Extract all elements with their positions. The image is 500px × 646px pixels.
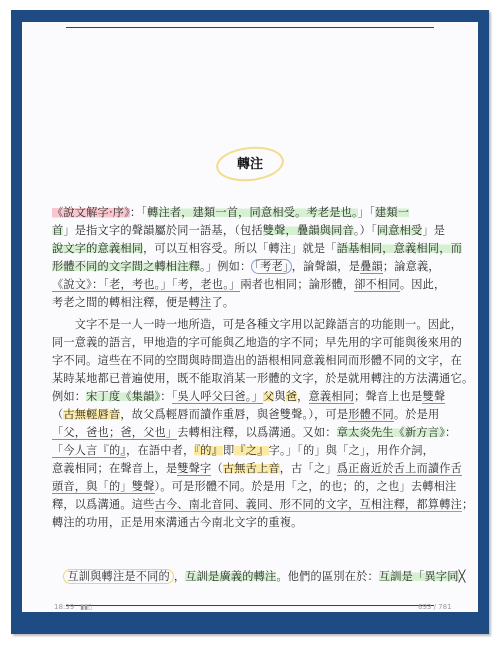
text-line: 文字不是一人一時一地所造，可是各種文字用以記錄語言的功能則一。因此，: [52, 316, 462, 334]
text-run: 與: [274, 390, 285, 403]
annotated-text: 頭音，與「的」雙聲: [52, 480, 155, 494]
clock: 18:39: [54, 603, 74, 611]
annotated-text: 『之』: [234, 444, 268, 457]
annotated-text: 疊韻: [360, 260, 383, 274]
text-run: ）。可是形體不同。於是用「之，的也；的，之也」去轉相注: [155, 480, 457, 493]
text-run: ，論聲韻，是: [292, 260, 360, 273]
text-run: ；聲音上也是: [354, 390, 422, 403]
status-time: 18:39 ▮▮▯: [54, 603, 92, 611]
text-run: 即: [223, 444, 234, 457]
annotated-text: 《說文解字·序》: [52, 206, 130, 219]
annotated-text: 意義相同: [309, 390, 355, 404]
annotated-text: 說文字的意義相同: [52, 242, 143, 255]
text-line: 考老之間的轉相注釋，便是轉注了。: [52, 294, 462, 312]
text-run: ：「: [130, 206, 147, 219]
text-line: 「今人言『的』，在語中者，『的』即『之』字。」「的」與「之」，用作介詞，: [52, 442, 462, 460]
annotated-text: 首: [52, 224, 63, 237]
paragraph-3: 互訓與轉注是不同的，互訓是廣義的轉注。他們的區別在於：互訓是「異字同╳: [52, 568, 462, 586]
text-line: 意義相同；在聲音上，是雙聲字（古無舌上音，古「之」爲正齒近於舌上而讀作舌: [52, 460, 462, 478]
annotated-text: 卻不相同: [354, 278, 400, 292]
annotated-text: 互訓與轉注是不同的: [63, 569, 174, 584]
annotated-text: 互訓是廣義的轉注: [185, 570, 276, 583]
text-run: 字。」「的」與「之」，用作介詞，: [269, 444, 434, 457]
text-line: 形體不同的文字間之轉相注釋。」例如：「考老」，論聲韻，是疊韻；論意義，: [52, 258, 462, 276]
text-run: 。他們的區別在於：: [276, 570, 379, 583]
text-run: 考老之間的轉相注釋，便是: [52, 296, 189, 309]
text-run: 」是指文字的聲韻屬於同一語基，（包括: [63, 224, 262, 237]
text-line: 釋，以爲溝通。這些古今、南北音同、義同、形不同的文字，互相注釋，都算轉注；: [52, 496, 462, 514]
text-run: ，故父爲輕唇而讀作重唇，與爸雙聲。），可是: [120, 408, 348, 421]
annotated-text: 『的』: [194, 444, 223, 457]
page-indicator: 693 / 781: [418, 603, 452, 611]
annotated-text: 古無輕唇音: [63, 408, 120, 421]
text-line: 《說文解字·序》：「轉注者，建類一首，同意相受。考老是也。」「建類一: [52, 204, 462, 222]
text-line: 某時某地都已普遍使用，既不能取消某一形體的文字，於是就用轉注的方法溝通它。: [52, 370, 462, 388]
annotated-text: 「今人言『的』: [52, 444, 126, 458]
text-line: 字不同。這些在不同的空間與時間造出的語根相同意義相同而形體不同的文字，在: [52, 352, 462, 370]
page-bottom-edge: [66, 605, 434, 606]
annotated-text: 父: [263, 390, 274, 403]
text-run: 同一意義的語言，甲地造的字可能與乙地造的字不同；早先用的字可能與後來用的: [52, 336, 462, 349]
text-run: 」「: [358, 206, 375, 219]
paragraph-1: 《說文解字·序》：「轉注者，建類一首，同意相受。考老是也。」「建類一首」是指文字…: [52, 204, 462, 312]
text-run: [52, 570, 63, 583]
text-line: 頭音，與「的」雙聲）。可是形體不同。於是用「之，的也；的，之也」去轉相注: [52, 478, 462, 496]
text-line: 《說文》：「老，考也。」「考，老也。」兩者也相同；論形體，卻不相同。因此，: [52, 276, 462, 294]
page-top-edge: [66, 27, 434, 28]
annotated-text: 章太炎先生《新方言》: [337, 426, 445, 439]
title-area: 轉注: [216, 147, 284, 181]
text-run: ，: [174, 570, 185, 583]
text-run: 去轉相注釋，以爲溝通。又如：: [177, 426, 336, 439]
annotated-text: 「考老」: [251, 259, 291, 274]
text-run: 。因此，: [400, 278, 446, 291]
text-line: 互訓與轉注是不同的，互訓是廣義的轉注。他們的區別在於：互訓是「異字同╳: [52, 568, 462, 586]
annotated-text: 《說文》：「老，考也。」「考，老也。」: [52, 278, 240, 292]
text-line: 轉注的功用，正是用來溝通古今南北文字的重複。: [52, 514, 462, 532]
annotated-text: 宋丁度《集韻》: [86, 390, 160, 403]
annotated-text: 「父，爸也；爸，父也」: [52, 426, 177, 440]
annotated-text: 轉注者，建類一首，同意相受。考老是也。: [147, 206, 358, 219]
text-line: 「父，爸也；爸，父也」去轉相注釋，以爲溝通。又如：章太炎先生《新方言》：: [52, 424, 462, 442]
annotated-text: 古今、南北音同、義同、形不同的文字，互相注釋，都算轉注: [155, 498, 462, 512]
annotated-text: 語基相同，意義相同，而: [337, 242, 462, 255]
annotated-text: 雙聲，疊韻與同音: [263, 224, 354, 237]
text-run: 。於是用: [394, 408, 440, 421]
text-run: ，在語中者，: [126, 444, 194, 457]
text-run: ，可以互相容受。所以「轉注」就是「: [143, 242, 337, 255]
text-run: （: [211, 462, 222, 475]
page-title: 轉注: [216, 153, 284, 172]
text-run: 。」例如：: [200, 260, 251, 273]
text-run: 。）「: [354, 224, 377, 237]
annotated-text: 互訓是「異字同: [379, 570, 459, 583]
text-run: ：: [445, 426, 456, 439]
annotated-text: 爲正齒近於舌上而讀作舌: [337, 462, 462, 476]
text-line: 說文字的意義相同，可以互相容受。所以「轉注」就是「語基相同，意義相同，而: [52, 240, 462, 258]
text-run: （: [52, 408, 63, 421]
text-run: 某時某地都已普遍使用，既不能取消某一形體的文字，於是就用轉注的方法溝通它。: [52, 372, 473, 385]
text-run: 意義相同；在聲音上，是: [52, 462, 177, 475]
annotated-text: 「吳人呼父曰爸。」: [172, 390, 263, 404]
text-line: （古無輕唇音，故父爲輕唇而讀作重唇，與爸雙聲。），可是形體不同。於是用: [52, 406, 462, 424]
text-run: ╳: [459, 570, 466, 583]
battery-icon: ▮▮▯: [80, 603, 92, 611]
text-run: ；: [462, 498, 473, 511]
annotated-text: 雙聲: [422, 390, 445, 404]
paragraph-2: 文字不是一人一時一地所造，可是各種文字用以記錄語言的功能則一。因此，同一意義的語…: [52, 316, 462, 532]
text-run: 兩者也相同；論形體，: [240, 278, 354, 291]
text-run: ，古「之」: [280, 462, 337, 475]
annotated-text: 雙聲字: [177, 462, 211, 476]
annotated-text: 古無舌上音: [223, 462, 280, 475]
annotated-text: 建類一: [375, 206, 409, 219]
text-run: 例如：: [52, 390, 86, 403]
annotated-text: 形體不同的文字間之轉相注釋: [52, 260, 200, 273]
annotated-text: 同意相受: [377, 224, 423, 237]
text-run: 文字不是一人一時一地所造，可是各種文字用以記錄語言的功能則一。因此，: [52, 318, 462, 331]
text-run: ；論意義，: [383, 260, 440, 273]
text-run: 」是: [422, 224, 445, 237]
text-run: 了。: [211, 296, 234, 309]
text-line: 同一意義的語言，甲地造的字可能與乙地造的字不同；早先用的字可能與後來用的: [52, 334, 462, 352]
text-line: 首」是指文字的聲韻屬於同一語基，（包括雙聲，疊韻與同音。）「同意相受」是: [52, 222, 462, 240]
text-run: ，: [297, 390, 308, 403]
text-run: 字不同。這些在不同的空間與時間造出的語根相同意義相同而形體不同的文字，在: [52, 354, 462, 367]
annotated-text: 轉注: [189, 296, 212, 310]
annotated-text: 形體不同: [348, 408, 394, 422]
annotated-text: 爸: [286, 390, 297, 403]
text-line: 例如：宋丁度《集韻》：「吳人呼父曰爸。」父與爸，意義相同；聲音上也是雙聲: [52, 388, 462, 406]
text-run: 轉注的功用，正是用來溝通古今南北文字的重複。: [52, 516, 303, 529]
text-run: 釋，以爲溝通。這些: [52, 498, 155, 511]
text-run: ：: [160, 390, 171, 403]
